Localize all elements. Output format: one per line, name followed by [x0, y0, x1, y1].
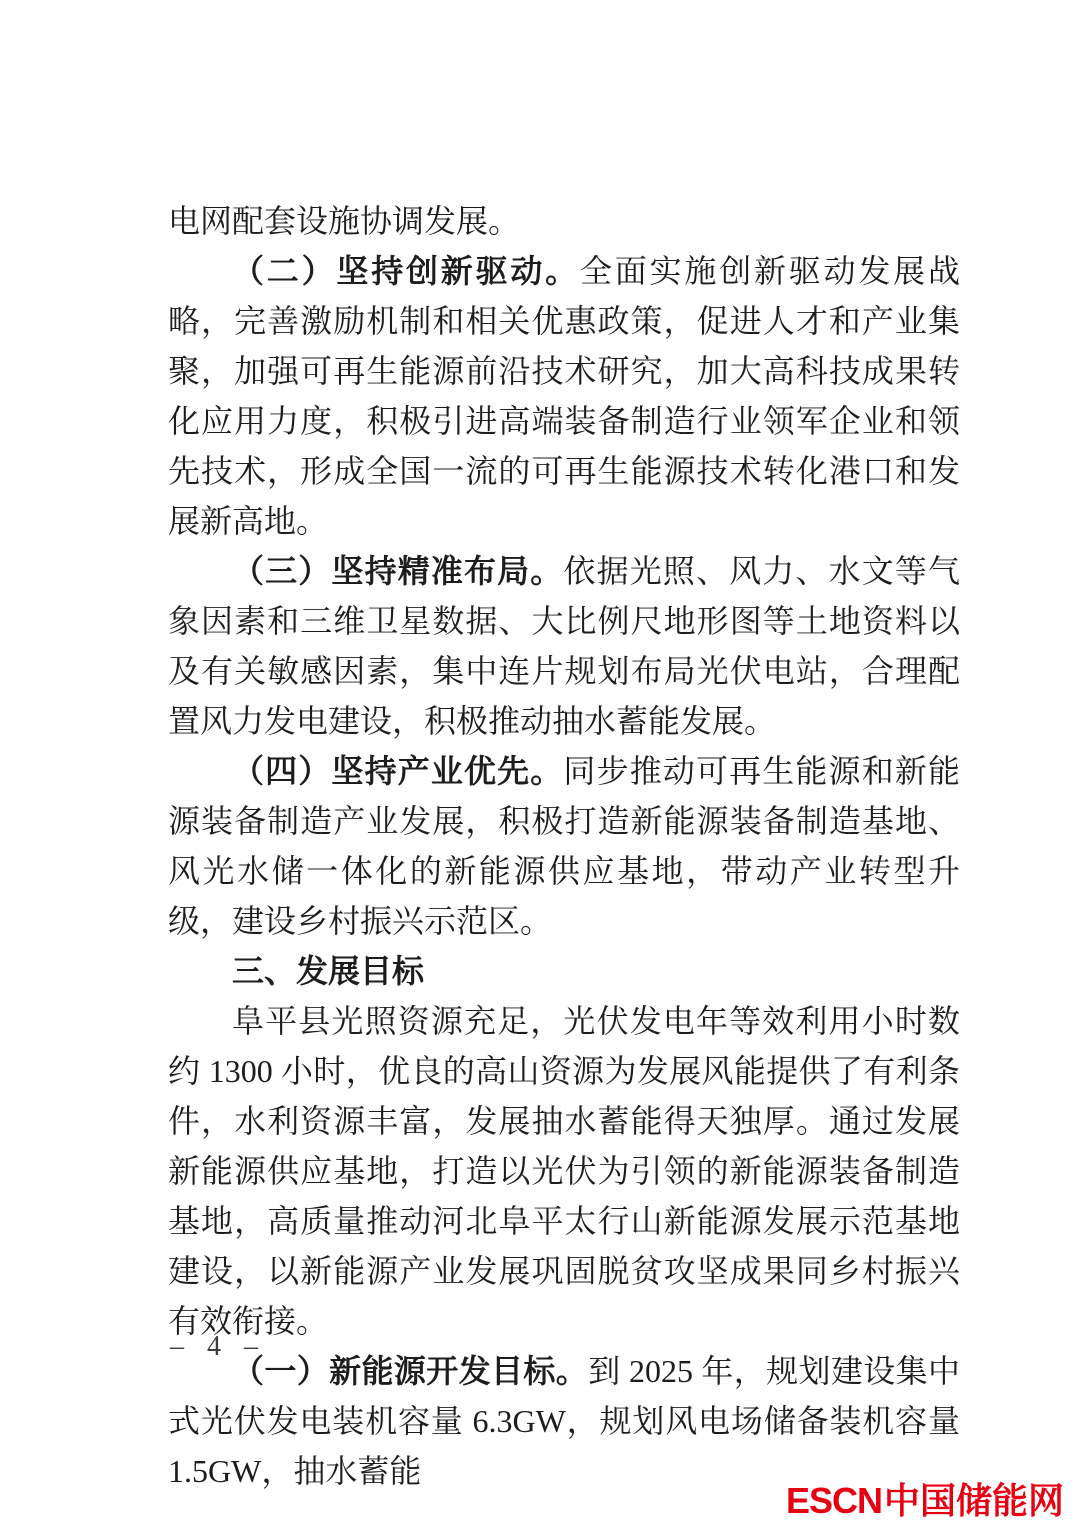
paragraph-principle-2: （二）坚持创新驱动。全面实施创新驱动发展战略，完善激励机制和相关优惠政策，促进人… [168, 246, 960, 546]
paragraph-text: 电网配套设施协调发展。 [168, 203, 520, 239]
paragraph-lead-bold: （三）坚持精准布局。 [232, 553, 563, 589]
paragraph-text: 全面实施创新驱动发展战略，完善激励机制和相关优惠政策，促进人才和产业集聚，加强可… [168, 253, 960, 539]
paragraph-continuation: 电网配套设施协调发展。 [168, 196, 960, 246]
paragraph-text: 阜平县光照资源充足，光伏发电年等效利用小时数约 1300 小时，优良的高山资源为… [168, 1003, 960, 1339]
paragraph-development-overview: 阜平县光照资源充足，光伏发电年等效利用小时数约 1300 小时，优良的高山资源为… [168, 996, 960, 1346]
paragraph-lead-bold: （一）新能源开发目标。 [232, 1353, 588, 1389]
paragraph-target-1: （一）新能源开发目标。到 2025 年，规划建设集中式光伏发电装机容量 6.3G… [168, 1346, 960, 1496]
paragraph-lead-bold: （二）坚持创新驱动。 [232, 253, 580, 289]
escn-logo-cjk-text: 中国储能网 [884, 1480, 1064, 1521]
section-heading: 三、发展目标 [168, 946, 960, 996]
paragraph-lead-bold: （四）坚持产业优先。 [232, 753, 563, 789]
escn-logo-latin-text: ESCN [786, 1480, 882, 1521]
escn-watermark-logo: ESCN中国储能网 [786, 1482, 1064, 1520]
paragraph-principle-4: （四）坚持产业优先。同步推动可再生能源和新能源装备制造产业发展，积极打造新能源装… [168, 746, 960, 946]
document-text-block: 电网配套设施协调发展。 （二）坚持创新驱动。全面实施创新驱动发展战略，完善激励机… [168, 196, 960, 1496]
document-page: 电网配套设施协调发展。 （二）坚持创新驱动。全面实施创新驱动发展战略，完善激励机… [0, 0, 1080, 1536]
paragraph-principle-3: （三）坚持精准布局。依据光照、风力、水文等气象因素和三维卫星数据、大比例尺地形图… [168, 546, 960, 746]
page-number: – 4 – [170, 1330, 266, 1364]
